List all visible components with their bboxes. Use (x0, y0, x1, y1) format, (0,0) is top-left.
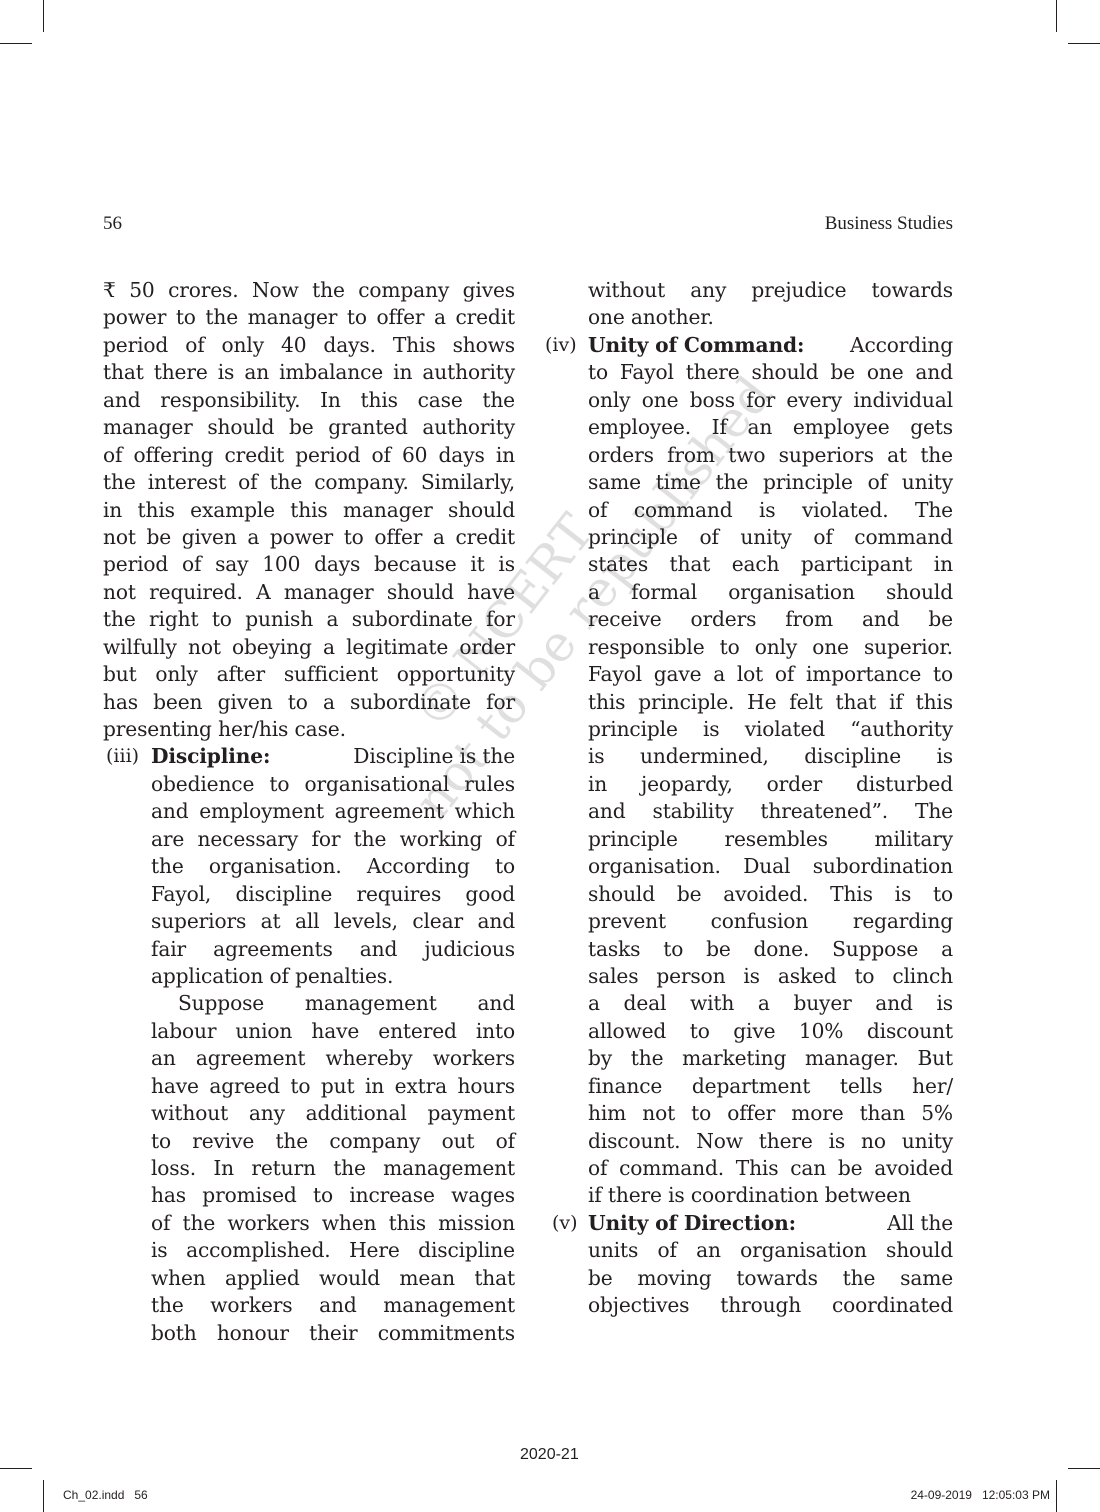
text-line: haveagreedtoputinextrahours (151, 1073, 515, 1100)
text-line: labourunionhaveenteredinto (151, 1018, 515, 1045)
text-line: toFayolthereshouldbeoneand (588, 359, 953, 386)
text-line: periodofsay100daysbecauseitis (103, 551, 515, 578)
text-line: principleresemblesmilitary (588, 826, 953, 853)
text-line: statesthateachparticipantin (588, 551, 953, 578)
text-line: injeopardy,orderdisturbed (588, 771, 953, 798)
text-line: if there is coordination between (588, 1182, 953, 1209)
text-line: ₹50crores.Nowthecompanygives (103, 277, 515, 304)
crop-mark-top-right-horizontal (1068, 43, 1100, 44)
text-line: managershouldbegrantedauthority (103, 414, 515, 441)
text-line: ofofferingcreditperiodof60daysin (103, 442, 515, 469)
text-line: Discipline is the (353, 743, 515, 770)
text-line: According (850, 332, 953, 359)
text-line: powertothemanagertoofferacredit (103, 304, 515, 331)
text-line: organisation.Dualsubordination (588, 853, 953, 880)
text-line: andemploymentagreementwhich (151, 798, 515, 825)
text-line: Supposemanagementand (151, 990, 515, 1017)
text-line: unitsofanorganisationshould (588, 1237, 953, 1264)
text-line: principleisviolated“authority (588, 716, 953, 743)
text-line: wilfullynotobeyingalegitimateorder (103, 634, 515, 661)
text-line: andstabilitythreatened”.The (588, 798, 953, 825)
session-year: 2020-21 (520, 1446, 579, 1464)
text-line: hasbeengiventoasubordinatefor (103, 689, 515, 716)
text-line: theinterestofthecompany.Similarly, (103, 469, 515, 496)
text-line: allowedtogive10%discount (588, 1018, 953, 1045)
text-line: isaccomplished.Herediscipline (151, 1237, 515, 1264)
text-line: adealwithabuyerandis (588, 990, 953, 1017)
text-line: shouldbeavoided.Thisisto (588, 881, 953, 908)
list-label-v: (v) (552, 1210, 578, 1237)
text-line: Fayol,disciplinerequiresgood (151, 881, 515, 908)
crop-mark-bottom-right-vertical (1056, 1480, 1057, 1512)
text-line: withoutanyadditionalpayment (151, 1100, 515, 1127)
section-heading: Unity of Command: (588, 332, 804, 359)
text-line: sametimetheprincipleofunity (588, 469, 953, 496)
text-line: ordersfromtwosuperiorsatthe (588, 442, 953, 469)
text-line: butonlyaftersufficientopportunity (103, 661, 515, 688)
text-line: loss.Inreturnthemanagement (151, 1155, 515, 1182)
left-column: ₹50crores.Nowthecompanygives powertothem… (103, 277, 515, 1347)
page-number: 56 (103, 213, 122, 235)
text-line: aformalorganisationshould (588, 579, 953, 606)
print-timestamp: 24-09-2019 12:05:03 PM (911, 1488, 1050, 1502)
crop-mark-top-left-vertical (43, 0, 44, 32)
text-line: withoutanyprejudicetowards (588, 277, 953, 304)
text-line: thatthereisanimbalanceinauthority (103, 359, 515, 386)
running-header-title: Business Studies (825, 213, 953, 235)
crop-mark-top-right-vertical (1056, 0, 1057, 32)
continuation-paragraph: withoutanyprejudicetowards one another. (588, 277, 953, 332)
text-line: theworkersandmanagement (151, 1292, 515, 1319)
crop-mark-top-left-horizontal (0, 43, 32, 44)
text-line: therighttopunishasubordinatefor (103, 606, 515, 633)
text-line: preventconfusionregarding (588, 908, 953, 935)
text-line: inthisexamplethismanagershould (103, 497, 515, 524)
list-label-iii: (iii) (106, 743, 139, 770)
text-line: bothhonourtheircommitments (151, 1320, 515, 1347)
discipline-example-paragraph: Supposemanagementand labourunionhaveente… (151, 990, 515, 1347)
text-line: objectivesthroughcoordinated (588, 1292, 953, 1319)
text-line: employee.Ifanemployeegets (588, 414, 953, 441)
text-line: ofcommand.Thiscanbeavoided (588, 1155, 953, 1182)
text-line: andresponsibility.Inthiscasethe (103, 387, 515, 414)
text-line: bemovingtowardsthesame (588, 1265, 953, 1292)
text-line: application of penalties. (151, 963, 515, 990)
text-line: bythemarketingmanager.But (588, 1045, 953, 1072)
text-line: superiorsatalllevels,clearand (151, 908, 515, 935)
text-line: taskstobedone.Supposea (588, 936, 953, 963)
text-line: ofcommandisviolated.The (588, 497, 953, 524)
text-line: isundermined,disciplineis (588, 743, 953, 770)
text-line: notrequired.Amanagershouldhave (103, 579, 515, 606)
text-line: Fayolgavealotofimportanceto (588, 661, 953, 688)
text-line: notbegivenapowertoofferacredit (103, 524, 515, 551)
text-line: financedepartmenttellsher/ (588, 1073, 953, 1100)
section-unity-of-direction: (v) Unity of Direction: All the unitsofa… (542, 1210, 953, 1320)
text-line: theorganisation.Accordingto (151, 853, 515, 880)
text-line: presenting her/his case. (103, 716, 515, 743)
section-heading: Discipline: (151, 743, 270, 770)
text-line: receiveordersfromandbe (588, 606, 953, 633)
section-heading-line: Discipline: Discipline is the (151, 743, 515, 770)
continuation-paragraph: ₹50crores.Nowthecompanygives powertothem… (103, 277, 515, 743)
section-heading-line: Unity of Direction: All the (588, 1210, 953, 1237)
crop-mark-bottom-left-horizontal (0, 1468, 32, 1469)
text-line: thisprinciple.Hefeltthatifthis (588, 689, 953, 716)
crop-mark-bottom-left-vertical (43, 1480, 44, 1512)
text-line: obediencetoorganisationalrules (151, 771, 515, 798)
text-line: principleofunityofcommand (588, 524, 953, 551)
indd-file-name: Ch_02.indd 56 (63, 1488, 148, 1502)
text-line: anagreementwherebyworkers (151, 1045, 515, 1072)
text-line: whenappliedwouldmeanthat (151, 1265, 515, 1292)
text-line: oftheworkerswhenthismission (151, 1210, 515, 1237)
text-line: torevivethecompanyoutof (151, 1128, 515, 1155)
section-discipline: (iii) Discipline: Discipline is the obed… (103, 743, 515, 1347)
section-unity-of-command: (iv) Unity of Command: According toFayol… (542, 332, 953, 1210)
text-line: salespersonisaskedtoclinch (588, 963, 953, 990)
text-line: periodofonly40days.Thisshows (103, 332, 515, 359)
text-line: All the (887, 1210, 953, 1237)
crop-mark-bottom-right-horizontal (1068, 1468, 1100, 1469)
text-line: discount.Nowthereisnounity (588, 1128, 953, 1155)
text-line: arenecessaryfortheworkingof (151, 826, 515, 853)
text-line: responsibletoonlyonesuperior. (588, 634, 953, 661)
list-label-iv: (iv) (545, 332, 577, 359)
text-line: haspromisedtoincreasewages (151, 1182, 515, 1209)
text-line: fairagreementsandjudicious (151, 936, 515, 963)
text-line: himnottooffermorethan5% (588, 1100, 953, 1127)
text-line: onlyonebossforeveryindividual (588, 387, 953, 414)
text-line: one another. (588, 304, 953, 331)
right-column: withoutanyprejudicetowards one another. … (542, 277, 953, 1320)
section-heading-line: Unity of Command: According (588, 332, 953, 359)
section-heading: Unity of Direction: (588, 1210, 796, 1237)
